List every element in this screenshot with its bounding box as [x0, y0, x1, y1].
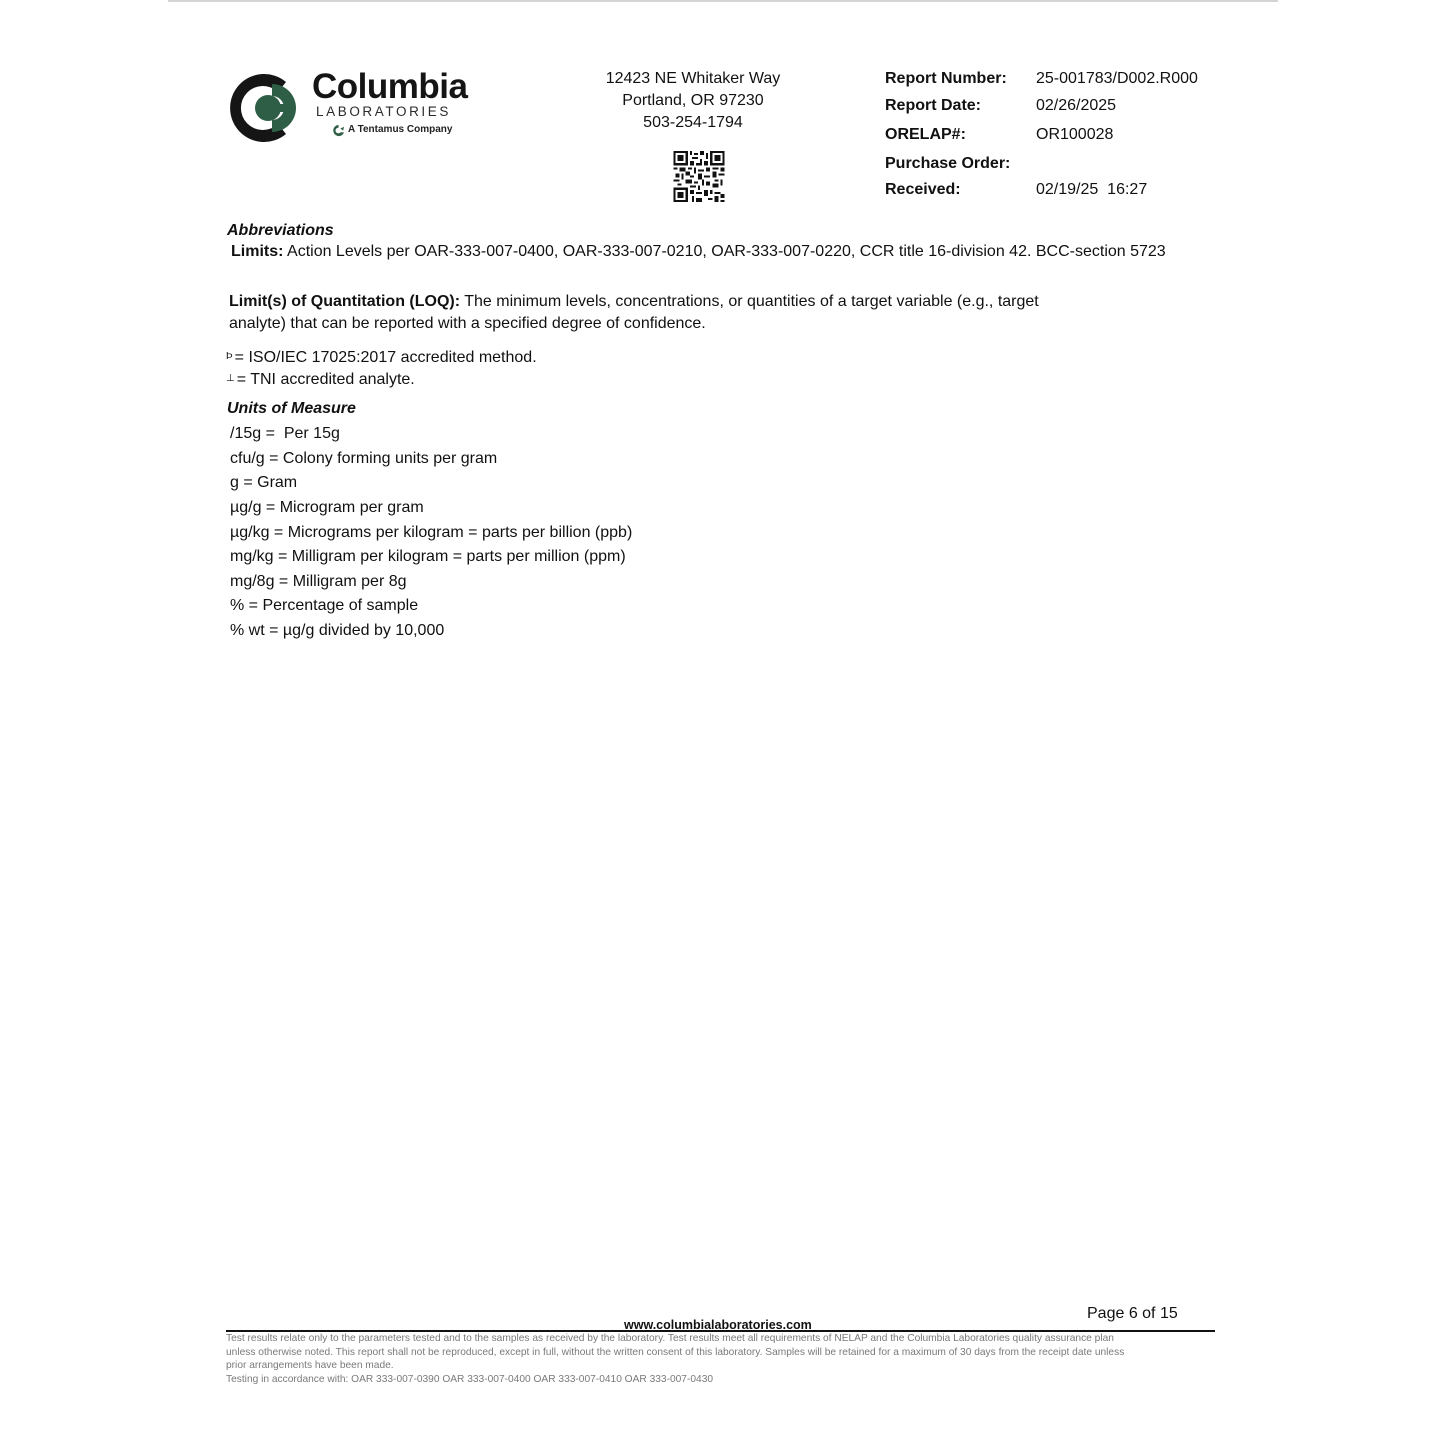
loq-text-line1: The minimum levels, concentrations, or q… [460, 293, 1039, 310]
loq-definition: Limit(s) of Quantitation (LOQ): The mini… [229, 291, 1039, 313]
report-date-row: Report Date: 02/26/2025 [885, 95, 1225, 117]
unit-item: g = Gram [230, 472, 297, 494]
tni-accredited-mark-icon: ⊥ [226, 373, 235, 384]
limits-label: Limits: [231, 243, 283, 260]
units-heading: Units of Measure [227, 398, 356, 420]
report-date-value: 02/26/2025 [1036, 95, 1116, 117]
report-number-label: Report Number: [885, 68, 1007, 90]
loq-label: Limit(s) of Quantitation (LOQ): [229, 293, 460, 310]
loq-text-line2: analyte) that can be reported with a spe… [229, 313, 706, 335]
page-number: Page 6 of 15 [1087, 1304, 1178, 1324]
logo-tagline: A Tentamus Company [332, 123, 452, 137]
unit-item: µg/kg = Micrograms per kilogram = parts … [230, 522, 632, 544]
address-phone: 503-254-1794 [582, 112, 804, 134]
unit-item: % = Percentage of sample [230, 595, 418, 617]
disclaimer-line: unless otherwise noted. This report shal… [226, 1346, 1216, 1360]
page-top-rule [168, 0, 1278, 2]
received-row: Received: 02/19/25 16:27 [885, 179, 1225, 201]
unit-item: µg/g = Microgram per gram [230, 497, 424, 519]
limits-definition: Limits: Action Levels per OAR-333-007-04… [231, 241, 1166, 263]
limits-text: Action Levels per OAR-333-007-0400, OAR-… [283, 243, 1165, 260]
purchase-order-row: Purchase Order: [885, 153, 1225, 175]
tni-accreditation-text: = TNI accredited analyte. [237, 371, 415, 388]
lab-address: 12423 NE Whitaker Way Portland, OR 97230… [582, 68, 804, 134]
unit-item: cfu/g = Colony forming units per gram [230, 448, 497, 470]
qr-code-icon[interactable] [673, 151, 725, 202]
unit-item: % wt = µg/g divided by 10,000 [230, 620, 444, 642]
iso-accreditation-note: Þ= ISO/IEC 17025:2017 accredited method. [226, 346, 537, 369]
unit-item: /15g = Per 15g [230, 423, 340, 445]
unit-item: mg/8g = Milligram per 8g [230, 571, 407, 593]
abbreviations-heading: Abbreviations [227, 220, 334, 242]
footer-disclaimer: Test results relate only to the paramete… [226, 1332, 1216, 1386]
address-street: 12423 NE Whitaker Way [582, 68, 804, 90]
received-label: Received: [885, 179, 961, 201]
tni-accreditation-note: ⊥= TNI accredited analyte. [226, 368, 415, 391]
received-value: 02/19/25 16:27 [1036, 179, 1147, 201]
report-number-row: Report Number: 25-001783/D002.R000 [885, 68, 1225, 90]
orelap-value: OR100028 [1036, 124, 1113, 146]
logo-tagline-text: A Tentamus Company [348, 123, 452, 137]
purchase-order-label: Purchase Order: [885, 153, 1010, 175]
disclaimer-line: Test results relate only to the paramete… [226, 1332, 1216, 1346]
report-number-value: 25-001783/D002.R000 [1036, 68, 1198, 90]
orelap-label: ORELAP#: [885, 124, 966, 146]
report-date-label: Report Date: [885, 95, 981, 117]
iso-accreditation-text: = ISO/IEC 17025:2017 accredited method. [235, 349, 537, 366]
tentamus-leaf-icon [332, 124, 345, 137]
disclaimer-line: prior arrangements have been made. [226, 1359, 1216, 1373]
unit-item: mg/kg = Milligram per kilogram = parts p… [230, 546, 626, 568]
logo-subtitle: LABORATORIES [316, 104, 451, 120]
testing-accordance-line: Testing in accordance with: OAR 333-007-… [226, 1373, 1216, 1387]
logo-company-name: Columbia [312, 68, 467, 106]
company-logo: Columbia LABORATORIES A Tentamus Company [228, 68, 478, 150]
columbia-logo-mark-icon [228, 68, 308, 148]
address-city: Portland, OR 97230 [582, 90, 804, 112]
iso-accredited-mark-icon: Þ [226, 351, 233, 362]
orelap-row: ORELAP#: OR100028 [885, 124, 1225, 146]
